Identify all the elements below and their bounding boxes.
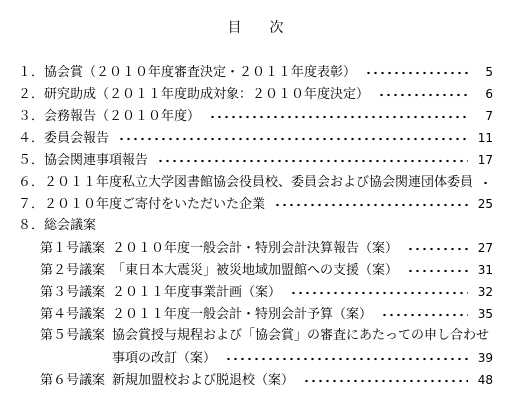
agenda-entry-title: ２０１１年度一般会計・特別会計予算（案） bbox=[112, 304, 372, 325]
toc-entry-page: 25 bbox=[473, 193, 493, 215]
agenda-entry-number: 第３号議案 bbox=[40, 282, 106, 303]
toc-entry-page: 17 bbox=[473, 149, 493, 171]
agenda-entry-number: 第１号議案 bbox=[40, 238, 106, 259]
toc-entry-2: ２．研究助成（２０１１年度助成対象：２０１０年度決定） 6 bbox=[18, 83, 493, 105]
dot-leader bbox=[482, 171, 490, 193]
toc-entry-8: ８．総会議案 bbox=[18, 215, 493, 237]
agenda-entry-number: 第２号議案 bbox=[40, 260, 106, 281]
agenda-entry-4: 第４号議案 ２０１１年度一般会計・特別会計予算（案） 35 bbox=[40, 303, 493, 325]
agenda-entry-page: 32 bbox=[473, 281, 493, 303]
agenda-entry-page: 31 bbox=[473, 259, 493, 281]
toc-entry-5: ５．協会関連事項報告 17 bbox=[18, 149, 493, 171]
toc-entry-page: 6 bbox=[473, 83, 493, 105]
toc-entry-3: ３．会務報告（２０１０年度） 7 bbox=[18, 105, 493, 127]
page-title: 目 次 bbox=[18, 20, 493, 36]
agenda-entry-title: ２０１１年度事業計画（案） bbox=[112, 282, 281, 303]
toc-page: 目 次 １．協会賞（２０１０年度審査決定・２０１１年度表彰） 5 ２．研究助成（… bbox=[0, 0, 525, 405]
toc-entry-label: ５．協会関連事項報告 bbox=[18, 150, 148, 171]
dot-leader bbox=[118, 127, 468, 149]
agenda-entry-6: 第６号議案 新規加盟校および脱退校（案） 48 bbox=[40, 369, 493, 391]
toc-entry-label: ４．委員会報告 bbox=[18, 128, 109, 149]
toc-list: １．協会賞（２０１０年度審査決定・２０１１年度表彰） 5 ２．研究助成（２０１１… bbox=[18, 61, 493, 391]
toc-entry-label: ２．研究助成（２０１１年度助成対象：２０１０年度決定） bbox=[18, 84, 369, 105]
agenda-entry-title: 協会賞授与規程および「協会賞」の審査にあたっての申し合わせ bbox=[112, 325, 489, 347]
dot-leader bbox=[365, 61, 468, 83]
dot-leader bbox=[157, 149, 468, 171]
toc-entry-label: ７．２０１０年度ご寄付をいただいた企業 bbox=[18, 194, 265, 215]
toc-entry-page: 7 bbox=[473, 105, 493, 127]
dot-leader bbox=[407, 237, 468, 259]
agenda-entry-5-line-1: 第５号議案 協会賞授与規程および「協会賞」の審査にあたっての申し合わせ bbox=[40, 325, 493, 347]
agenda-entry-title: ２０１０年度一般会計・特別会計決算報告（案） bbox=[112, 238, 398, 259]
toc-entry-6: ６．２０１１年度私立大学図書館協会役員校、委員会および協会関連団体委員 22 bbox=[18, 171, 493, 193]
toc-entry-1: １．協会賞（２０１０年度審査決定・２０１１年度表彰） 5 bbox=[18, 61, 493, 83]
agenda-entry-number: 第４号議案 bbox=[40, 304, 106, 325]
dot-leader bbox=[407, 259, 468, 281]
agenda-entry-1: 第１号議案 ２０１０年度一般会計・特別会計決算報告（案） 27 bbox=[40, 237, 493, 259]
agenda-entry-title: 新規加盟校および脱退校（案） bbox=[112, 370, 294, 391]
dot-leader bbox=[290, 281, 468, 303]
dot-leader bbox=[209, 105, 468, 127]
agenda-entry-page: 48 bbox=[473, 369, 493, 391]
agenda-entry-number: 第５号議案 bbox=[40, 325, 106, 347]
toc-entry-label: ８．総会議案 bbox=[18, 215, 96, 237]
dot-leader bbox=[225, 347, 468, 369]
agenda-entry-page: 27 bbox=[473, 237, 493, 259]
dot-leader bbox=[274, 193, 468, 215]
agenda-entry-number: 第６号議案 bbox=[40, 370, 106, 391]
agenda-entry-title: 「東日本大震災」被災地域加盟館への支援（案） bbox=[112, 260, 398, 281]
toc-entry-7: ７．２０１０年度ご寄付をいただいた企業 25 bbox=[18, 193, 493, 215]
toc-entry-label: ６．２０１１年度私立大学図書館協会役員校、委員会および協会関連団体委員 bbox=[18, 172, 473, 193]
toc-entry-page: 11 bbox=[473, 127, 493, 149]
dot-leader bbox=[303, 369, 468, 391]
toc-entry-label: １．協会賞（２０１０年度審査決定・２０１１年度表彰） bbox=[18, 62, 356, 83]
agenda-entry-2: 第２号議案 「東日本大震災」被災地域加盟館への支援（案） 31 bbox=[40, 259, 493, 281]
agenda-entry-title-continuation: 事項の改訂（案） bbox=[112, 348, 216, 369]
agenda-entry-page: 39 bbox=[473, 347, 493, 369]
toc-entry-page: 5 bbox=[473, 61, 493, 83]
agenda-entry-5-line-2: 事項の改訂（案） 39 bbox=[40, 347, 493, 369]
dot-leader bbox=[381, 303, 468, 325]
dot-leader bbox=[378, 83, 468, 105]
agenda-entry-page: 35 bbox=[473, 303, 493, 325]
toc-entry-4: ４．委員会報告 11 bbox=[18, 127, 493, 149]
agenda-entry-3: 第３号議案 ２０１１年度事業計画（案） 32 bbox=[40, 281, 493, 303]
toc-entry-label: ３．会務報告（２０１０年度） bbox=[18, 106, 200, 127]
